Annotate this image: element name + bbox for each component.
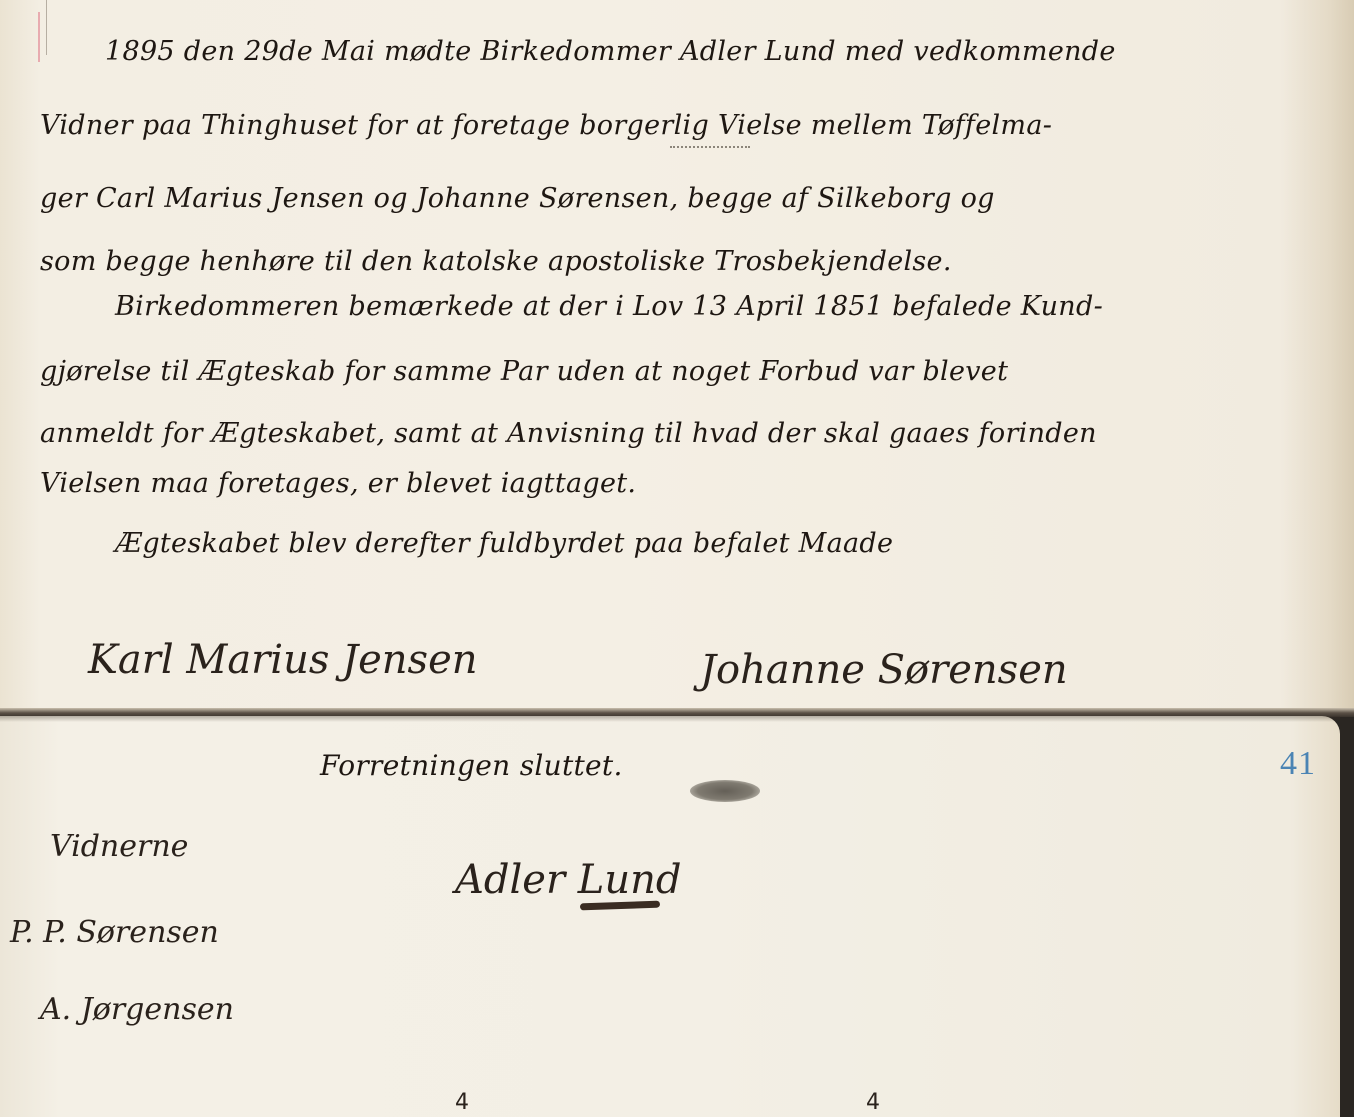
bottom-mark-right: 4 bbox=[866, 1092, 880, 1114]
bottom-mark-left: 4 bbox=[455, 1092, 469, 1114]
entry-line-9: Ægteskabet blev derefter fuldbyrdet paa … bbox=[115, 530, 893, 557]
page-number: 41 bbox=[1280, 745, 1316, 783]
witnesses-label: Vidnerne bbox=[50, 832, 188, 862]
witness-2-signature: A. Jørgensen bbox=[40, 995, 234, 1025]
witness-1-signature: P. P. Sørensen bbox=[10, 918, 219, 948]
entry-line-5: Birkedommeren bemærkede at der i Lov 13 … bbox=[115, 293, 1103, 320]
entry-line-3: ger Carl Marius Jensen og Johanne Sørens… bbox=[40, 185, 995, 212]
ink-smudge bbox=[690, 780, 760, 802]
bride-signature: Johanne Sørensen bbox=[700, 650, 1068, 690]
margin-rule bbox=[46, 0, 47, 55]
entry-line-7: anmeldt for Ægteskabet, samt at Anvisnin… bbox=[40, 420, 1097, 447]
groom-signature: Karl Marius Jensen bbox=[88, 640, 478, 680]
entry-line-4: som begge henhøre til den katolske apost… bbox=[40, 248, 952, 275]
margin-red-mark bbox=[38, 12, 40, 62]
official-signature: Adler Lund bbox=[455, 860, 681, 900]
entry-line-8: Vielsen maa foretages, er blevet iagttag… bbox=[40, 470, 636, 497]
entry-line-6: gjørelse til Ægteskab for samme Par uden… bbox=[40, 358, 1008, 385]
entry-line-2: Vidner paa Thinghuset for at foretage bo… bbox=[40, 112, 1052, 139]
closing-statement: Forretningen sluttet. bbox=[320, 752, 623, 780]
entry-line-1: 1895 den 29de Mai mødte Birkedommer Adle… bbox=[105, 38, 1116, 65]
upper-page: 1895 den 29de Mai mødte Birkedommer Adle… bbox=[0, 0, 1354, 712]
scanned-document: 1895 den 29de Mai mødte Birkedommer Adle… bbox=[0, 0, 1354, 1117]
dotted-underline bbox=[670, 146, 750, 148]
